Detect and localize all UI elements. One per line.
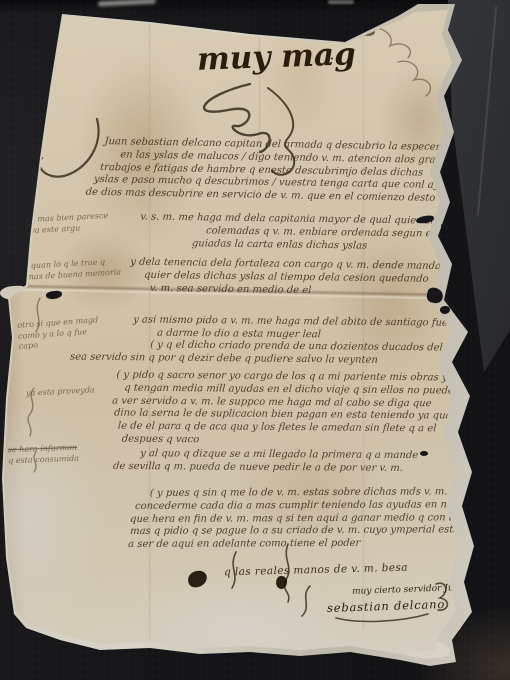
handwriting-line: de sevilla q m. pueda de nueve pedir le … xyxy=(113,461,419,476)
salutation-mark: : xyxy=(329,50,334,68)
paragraph: y dela tenencia dela fortaleza con cargo… xyxy=(130,257,478,300)
margin-note: se hara informonq esta consumida xyxy=(8,443,79,466)
paper-hole xyxy=(420,451,428,456)
paragraph: y al quo q dizque se a mi llegado la pri… xyxy=(113,448,418,476)
paragraph: Juan sebastian delcano capitan del armad… xyxy=(85,136,459,206)
margin-note: otro si que en magdcomo y a lo q fuecapo xyxy=(17,315,100,352)
handwriting-line: a ser de aqui en adelante como tiene el … xyxy=(128,537,510,552)
photo-of-manuscript: S.S.C.M. muy mag : Juan sebastian delcan… xyxy=(0,0,510,680)
light-glint xyxy=(328,0,354,4)
paper-hole xyxy=(441,223,450,228)
margin-note: q mas bien paresceva este argu xyxy=(30,211,110,236)
handwriting-line: q esta consumida xyxy=(8,453,79,466)
margin-note: j quan lo q le trae qmas de buena memori… xyxy=(26,257,122,283)
paragraph: ( y pido q sacro senor yo cargo de los q… xyxy=(98,369,471,449)
manuscript-content: S.S.C.M. muy mag : Juan sebastian delcan… xyxy=(0,0,510,680)
